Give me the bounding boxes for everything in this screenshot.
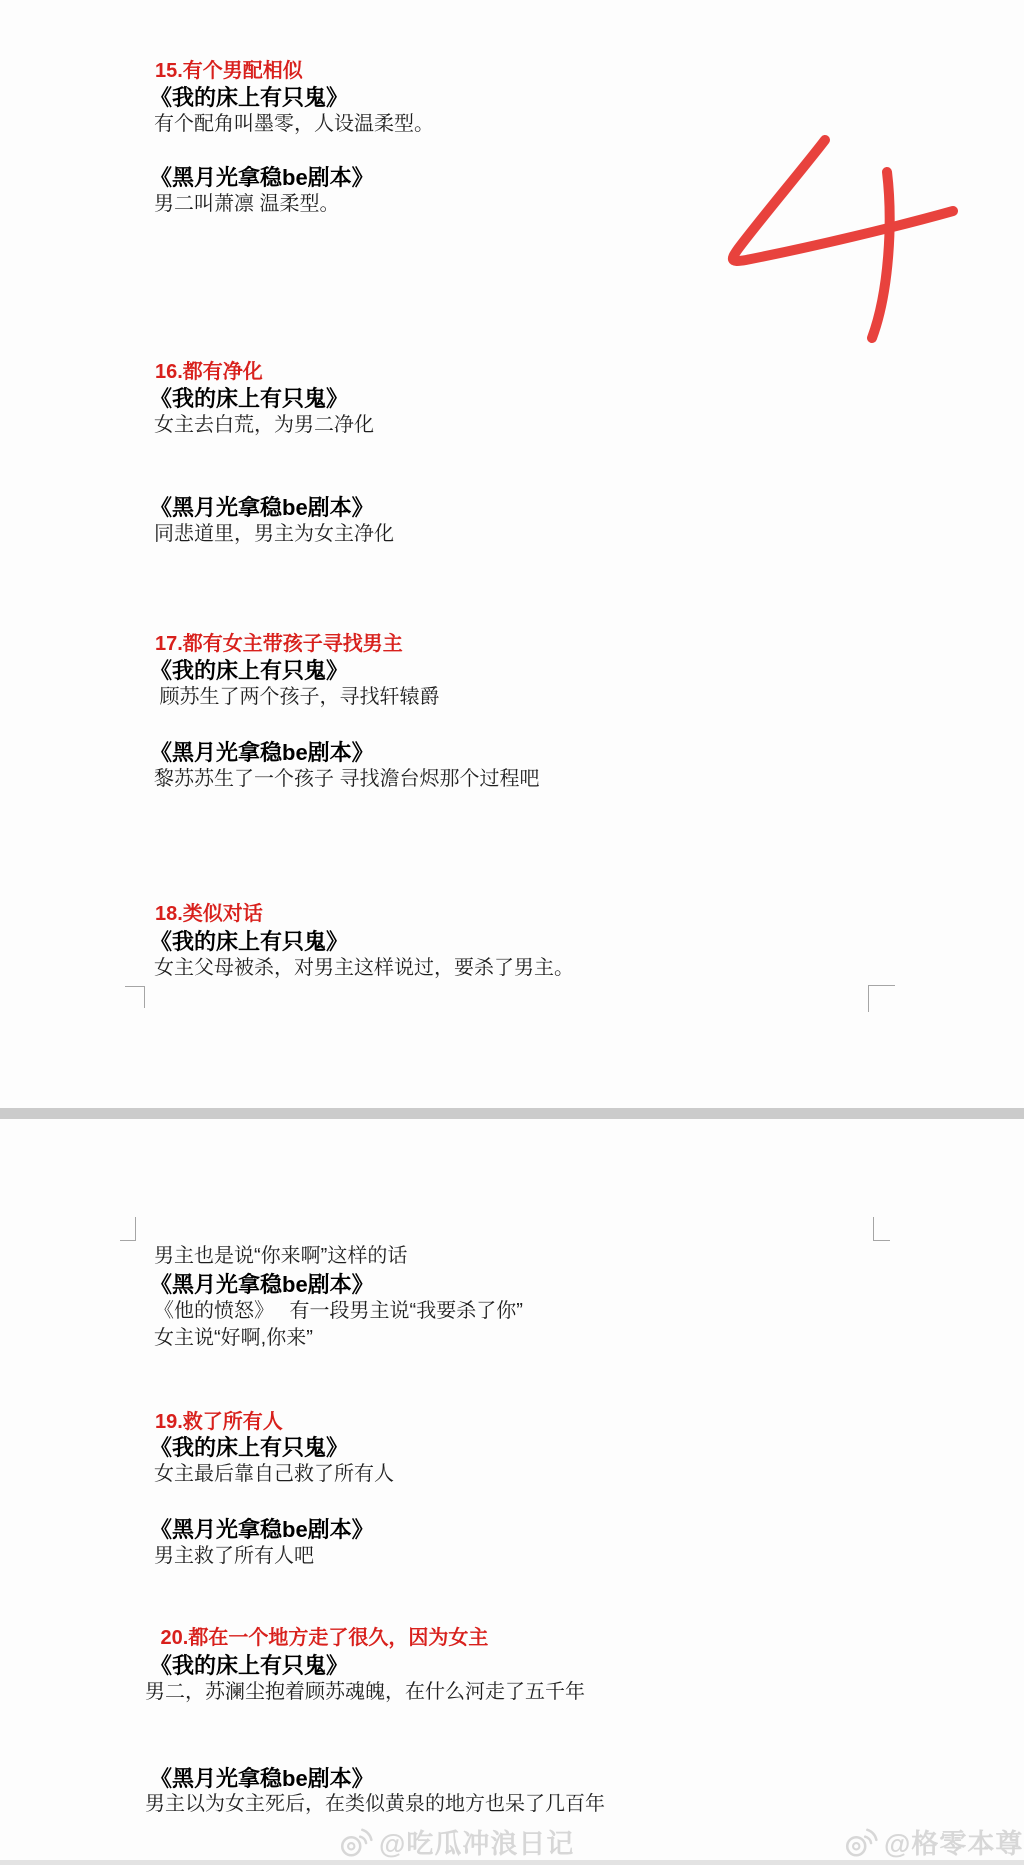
section-16-novel2-note: 同悲道里，男主为女主净化	[154, 521, 394, 548]
watermark-handle: @吃瓜冲浪日记	[379, 1822, 574, 1861]
text-boundary-corner	[120, 1217, 136, 1241]
section-20-novel1-title: 《我的床上有只鬼》	[150, 1652, 348, 1679]
section-17-novel2-note: 黎苏苏生了一个孩子 寻找澹台烬那个过程吧	[154, 766, 540, 793]
section-16-novel1-title: 《我的床上有只鬼》	[150, 385, 348, 412]
section-20-novel1-note: 男二，苏澜尘抱着顾苏魂魄，在什么河走了五千年	[145, 1679, 585, 1706]
section-19-novel1-note: 女主最后靠自己救了所有人	[154, 1461, 394, 1488]
section-17-novel2-title: 《黑月光拿稳be剧本》	[150, 739, 374, 766]
weibo-icon	[338, 1826, 374, 1858]
weibo-icon	[843, 1826, 879, 1858]
section-18-novel1-title: 《我的床上有只鬼》	[150, 928, 348, 955]
section-19-novel1-title: 《我的床上有只鬼》	[150, 1434, 348, 1461]
section-19-novel2-title: 《黑月光拿稳be剧本》	[150, 1516, 374, 1543]
bottom-edge-strip	[0, 1860, 1024, 1865]
section-15-novel1-note: 有个配角叫墨零，人设温柔型。	[154, 111, 434, 138]
section-17-novel1-note: 顾苏生了两个孩子，寻找轩辕爵	[154, 684, 440, 711]
section-18-novel1-note2: 男主也是说“你来啊”这样的话	[154, 1243, 407, 1270]
section-20-heading: 20.都在一个地方走了很久，因为女主	[155, 1625, 488, 1652]
page-divider	[0, 1108, 1024, 1119]
section-18-novel1-note: 女主父母被杀，对男主这样说过，要杀了男主。	[154, 955, 574, 982]
watermark-handle: @格零本尊	[884, 1822, 1023, 1861]
section-18-heading: 18.类似对话	[155, 901, 263, 928]
section-20-novel2-note: 男主以为女主死后，在类似黄泉的地方也呆了几百年	[145, 1791, 605, 1818]
section-16-heading: 16.都有净化	[155, 359, 263, 386]
screenshot-root: { "page_number_annotation": "4", "colors…	[0, 0, 1024, 1865]
section-18-novel2-note: 《他的愤怒》 有一段男主说“我要杀了你”	[154, 1298, 523, 1325]
watermark-right: @格零本尊	[843, 1822, 1023, 1861]
section-18-novel2-title: 《黑月光拿稳be剧本》	[150, 1271, 374, 1298]
watermark-left: @吃瓜冲浪日记	[338, 1822, 574, 1861]
handwritten-page-number	[700, 110, 980, 350]
section-20-novel2-title: 《黑月光拿稳be剧本》	[150, 1765, 374, 1792]
section-16-novel1-note: 女主去白荒，为男二净化	[154, 412, 374, 439]
section-15-heading: 15.有个男配相似	[155, 58, 303, 85]
section-17-novel1-title: 《我的床上有只鬼》	[150, 657, 348, 684]
section-17-heading: 17.都有女主带孩子寻找男主	[155, 631, 403, 658]
section-18-novel2-note2: 女主说“好啊,你来”	[154, 1325, 313, 1352]
section-15-novel1-title: 《我的床上有只鬼》	[150, 84, 348, 111]
text-boundary-corner	[125, 986, 145, 1008]
text-boundary-corner	[868, 985, 895, 1012]
section-19-heading: 19.救了所有人	[155, 1409, 283, 1436]
section-15-novel2-title: 《黑月光拿稳be剧本》	[150, 164, 374, 191]
section-15-novel2-note: 男二叫萧凛 温柔型。	[154, 191, 340, 218]
text-boundary-corner	[873, 1217, 890, 1241]
section-19-novel2-note: 男主救了所有人吧	[154, 1543, 314, 1570]
section-16-novel2-title: 《黑月光拿稳be剧本》	[150, 494, 374, 521]
